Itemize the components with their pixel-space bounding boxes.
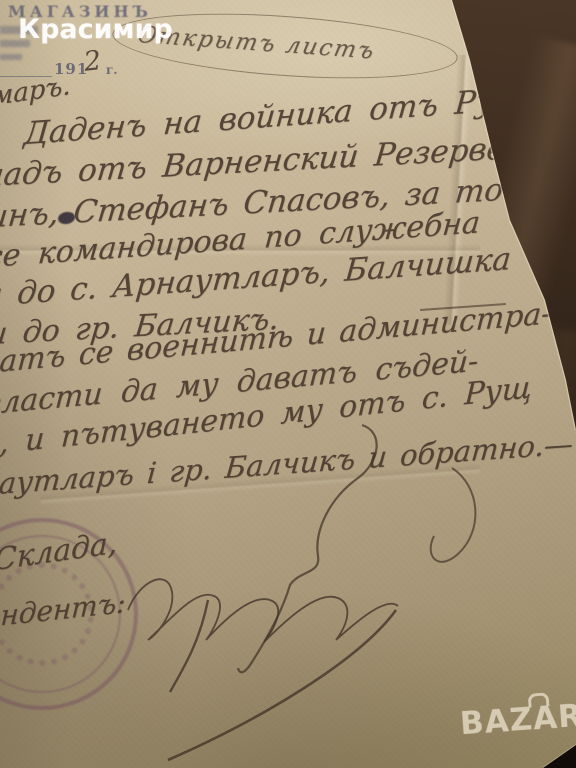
handwritten-line: ватъ се военнитѣ и администра- <box>0 296 553 381</box>
handwritten-line: инъ, Стефанъ Спасовъ, за това, <box>0 169 551 235</box>
handwritten-line: а до с. Арнаутларъ, Балчишка <box>0 241 513 314</box>
handwritten-underline <box>420 303 506 311</box>
paper-crease-horizontal <box>0 244 480 256</box>
handwritten-line: у, и пътуването му отъ с. Рущ <box>0 370 533 463</box>
paper-crease-vertical <box>443 55 473 325</box>
date-blank-rule <box>0 76 52 77</box>
stamp-center <box>0 562 94 666</box>
handwritten-line: Даденъ на войника отъ Рущар- <box>22 77 574 152</box>
handwritten-closing-fragment: ендентъ: <box>0 586 127 634</box>
uploader-watermark: Красимир <box>18 14 173 45</box>
handwritten-year-digit: 2 <box>82 45 102 78</box>
printed-year: 191 <box>54 60 88 78</box>
printed-year-suffix: г. <box>106 63 118 77</box>
signature-and-flourishes <box>0 0 576 768</box>
round-ink-stamp <box>0 518 138 710</box>
handwritten-line: и до гр. Балчикъ. <box>0 302 281 352</box>
bazar-bag-icon <box>527 692 549 708</box>
handwritten-line: наутларъ i гр. Балчикъ и обратно.— <box>0 426 575 502</box>
handwritten-line: власти да му даватъ съдей- <box>0 344 479 423</box>
ink-blot <box>57 211 76 226</box>
stamp-inner-ring <box>0 535 121 693</box>
photo-of-document: МАГАЗИНЪ 191 2 г. Открытъ листъ маръ. Да… <box>0 0 576 768</box>
signature-scribble <box>128 579 398 642</box>
letterhead-print-fragment <box>0 54 22 60</box>
handwritten-line: ладъ отъ Варненский Резервенъ <box>0 128 548 194</box>
handwritten-closing-fragment: Склада, <box>0 525 117 578</box>
handwritten-place-fragment: маръ. <box>0 71 71 112</box>
paper-crease-diagonal <box>40 463 480 506</box>
document-paper: МАГАЗИНЪ 191 2 г. Открытъ листъ маръ. Да… <box>0 0 576 768</box>
handwritten-line: се командирова по служебна <box>0 205 481 275</box>
